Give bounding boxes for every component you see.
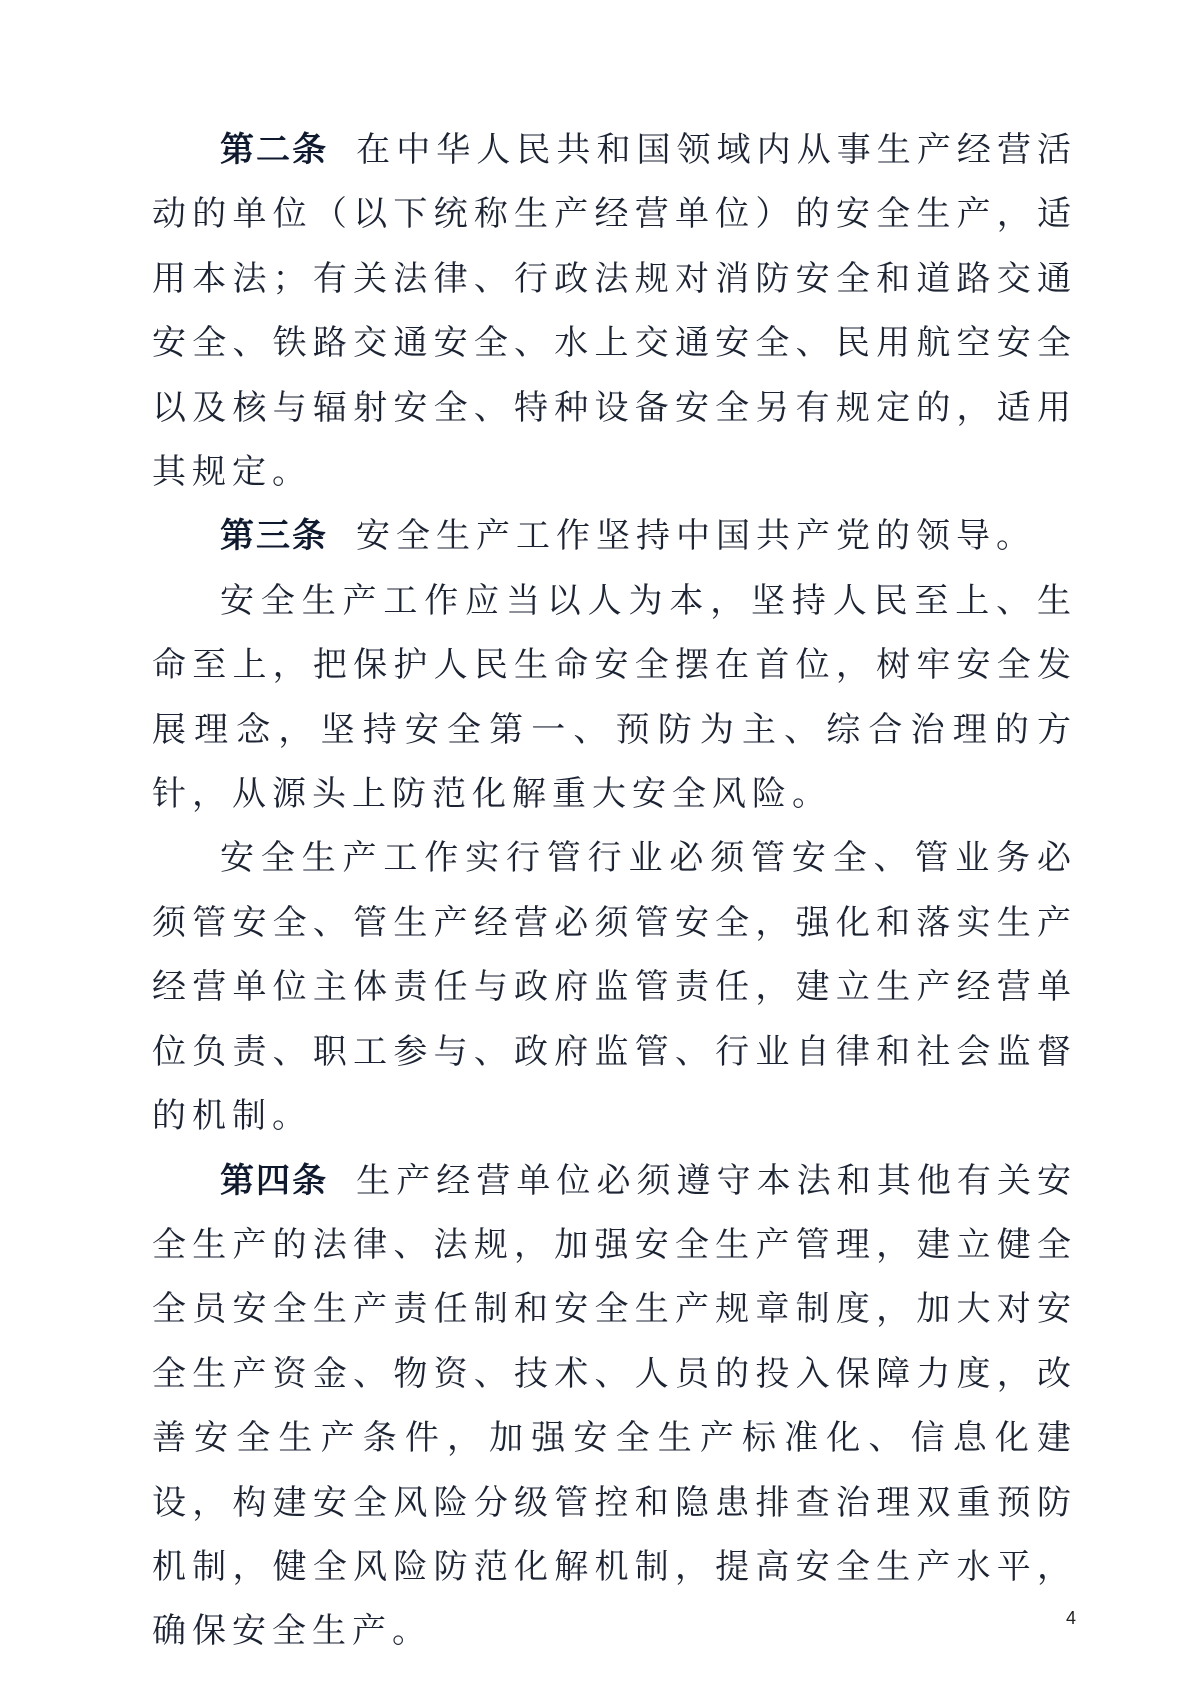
paragraph-text: 安全生产工作坚持中国共产党的领导。 xyxy=(356,516,1036,556)
document-body: 第二条在中华人民共和国领域内从事生产经营活动的单位（以下统称生产经营单位）的安全… xyxy=(152,118,1077,1664)
article-3-paragraph-3: 安全生产工作实行管行业必须管安全、管业务必须管安全、管生产经营必须管安全，强化和… xyxy=(152,826,1077,1148)
document-page: 第二条在中华人民共和国领域内从事生产经营活动的单位（以下统称生产经营单位）的安全… xyxy=(0,0,1190,1683)
paragraph-text: 安全生产工作应当以人为本，坚持人民至上、生命至上，把保护人民生命安全摆在首位，树… xyxy=(152,581,1077,814)
article-heading: 第二条 xyxy=(220,130,328,170)
article-heading: 第四条 xyxy=(220,1161,328,1201)
paragraph-text: 安全生产工作实行管行业必须管安全、管业务必须管安全、管生产经营必须管安全，强化和… xyxy=(152,838,1077,1136)
article-4-paragraph: 第四条生产经营单位必须遵守本法和其他有关安全生产的法律、法规，加强安全生产管理，… xyxy=(152,1149,1077,1664)
article-2-paragraph: 第二条在中华人民共和国领域内从事生产经营活动的单位（以下统称生产经营单位）的安全… xyxy=(152,118,1077,504)
page-number: 4 xyxy=(1066,1608,1076,1629)
article-heading: 第三条 xyxy=(220,516,328,556)
paragraph-text: 生产经营单位必须遵守本法和其他有关安全生产的法律、法规，加强安全生产管理，建立健… xyxy=(152,1161,1077,1652)
paragraph-text: 在中华人民共和国领域内从事生产经营活动的单位（以下统称生产经营单位）的安全生产，… xyxy=(152,130,1077,492)
article-3-paragraph: 第三条安全生产工作坚持中国共产党的领导。 xyxy=(152,504,1077,568)
article-3-paragraph-2: 安全生产工作应当以人为本，坚持人民至上、生命至上，把保护人民生命安全摆在首位，树… xyxy=(152,569,1077,827)
